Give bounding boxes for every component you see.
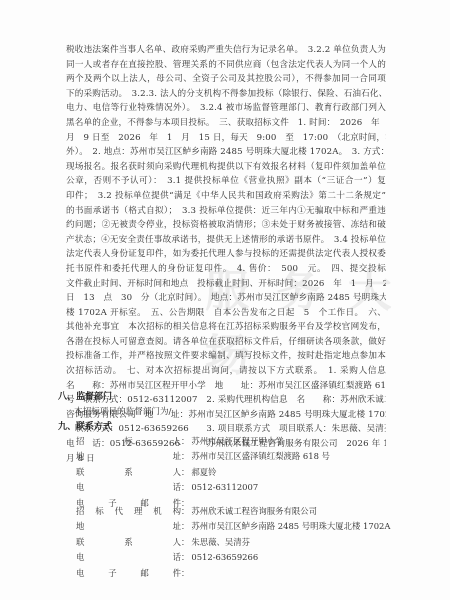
label-char: 子 (108, 567, 116, 579)
label-char: 人 (173, 536, 181, 548)
contact-value: 0512-63112007 (191, 482, 258, 492)
label-char: 标 (124, 435, 132, 447)
colon: ： (181, 450, 189, 462)
contact-value: 朱思薇、吴清芬 (191, 536, 250, 548)
contact-row: 地址：苏州市吴江区盛泽镇红梨渡路 618 号 (76, 449, 330, 465)
section-8-heading: 八、监督部门 (58, 389, 112, 402)
colon: ： (181, 435, 189, 447)
label-char: 系 (124, 536, 132, 548)
body-line: 印件； 3.2 投标单位提供“满足《中华人民共和国政府采购法》第二十二条规定” (66, 189, 386, 204)
contact-row: 联系人：郝夏铃 (76, 464, 330, 480)
body-line: 两个及两个以上法人，母公司、全资子公司及其控股公司），不得参加同一合同项 (66, 72, 386, 87)
body-line: 黑名单的企业，不得参与本项目投标。 三、获取招标文件 1. 时间： 2026 年… (66, 116, 386, 131)
colon: ： (181, 567, 189, 579)
contact-value: 郝夏铃 (191, 466, 216, 478)
colon: ： (181, 520, 189, 532)
contact-label: 招标代理机构 (76, 505, 181, 517)
label-char: 系 (124, 466, 132, 478)
body-line: 托书原件和委托代理人的身份证复印件。 4. 售价： 500 元。 四、提交投标 (66, 262, 386, 277)
label-char: 机 (153, 505, 161, 517)
body-line: 公章，否则不予认可）： 3.1 提供投标单位《营业执照》副本（“三证合一”）复 (66, 174, 386, 189)
colon: ： (181, 551, 189, 563)
body-line: 约问题；②无被责令停业，投标资格被取消情形；③未处于财务被接管、冻结和破 (66, 218, 386, 233)
purchaser-contact-block: 招标人：苏州市吴江区程开甲小学地址：苏州市吴江区盛泽镇红梨渡路 618 号联系人… (76, 433, 330, 511)
label-char: 地 (76, 450, 84, 462)
contact-value: 苏州市吴江区鲈乡南路 2485 号明珠大厦北楼 1702A (191, 520, 390, 532)
contact-label: 电子邮件 (76, 567, 181, 579)
contact-row: 电话：0512-63659266 (76, 550, 390, 566)
contact-label: 地址 (76, 520, 181, 532)
label-char: 话 (173, 551, 181, 563)
contact-row: 联系人：朱思薇、吴清芬 (76, 534, 390, 550)
colon: ： (181, 536, 189, 548)
contact-row: 电话：0512-63112007 (76, 480, 330, 496)
label-char: 电 (76, 567, 84, 579)
body-line: 投标准备工作，并严格按照文件要求编制、填写投标文件，按时赴指定地点参加本 (66, 349, 386, 364)
label-char: 联 (76, 536, 84, 548)
body-line: 日 13 点 30 分（北京时间）。 地点：苏州市吴江区鲈乡南路 2485 号明… (66, 291, 386, 306)
body-line: 名 称：苏州市吴江区程开甲小学 地 址：苏州市吴江区盛泽镇红梨渡路 618 (66, 379, 386, 394)
label-char: 人 (173, 435, 181, 447)
body-line: 法定代表人身份证复印件，如为委托代理人参与投标的还需提供法定代表人授权委 (66, 247, 386, 262)
label-char: 电 (76, 481, 84, 493)
colon: ： (181, 505, 189, 517)
label-char: 代 (115, 505, 123, 517)
body-line: 楼 1702A 开标室。 五、公告期限 自本公告发布之日起 5 个工作日。 六、 (66, 306, 386, 321)
body-line: 产状态；④无安全责任事故承诺书，提供无上述情形的承诺书原件。 3.4 投标单位 (66, 233, 386, 248)
contact-label: 联系人 (76, 466, 181, 478)
contact-row: 地址：苏州市吴江区鲈乡南路 2485 号明珠大厦北楼 1702A (76, 519, 390, 535)
body-line: 下的采购活动。 3.2.3. 法人的分支机构不得参加投标（除银行、保险、石油石化… (66, 87, 386, 102)
label-char: 招 (76, 505, 84, 517)
body-line: 月 9 日至 2026 年 1 月 15 日，每天 9:00 至 17:00 （… (66, 131, 386, 146)
contact-label: 招标人 (76, 435, 181, 447)
contact-row: 招标代理机构：苏州欣禾诚工程咨询服务有限公司 (76, 503, 390, 519)
label-char: 邮 (140, 567, 148, 579)
body-line: 电力、电信等行业特殊情况外）。 3.2.4 被市场监督管理部门、教育行政部门列入 (66, 101, 386, 116)
label-char: 地 (76, 520, 84, 532)
contact-row: 电子邮件： (76, 565, 390, 581)
body-line: 各潜在投标人可留意查阅。请各单位在获取招标文件后，仔细研读各项条款，做好 (66, 335, 386, 350)
contact-row: 招标人：苏州市吴江区程开甲小学 (76, 433, 330, 449)
label-char: 话 (173, 481, 181, 493)
body-line: 次招标活动。 七、对本次招标提出询问，请按以下方式联系。 1. 采购人信息 (66, 364, 386, 379)
label-char: 人 (173, 466, 181, 478)
contact-label: 电话 (76, 551, 181, 563)
label-char: 招 (76, 435, 84, 447)
body-line: 同一人或者存在直接控股、管理关系的不同供应商（包含法定代表人为同一个人的 (66, 58, 386, 73)
body-line: 的书面承诺书（格式自拟）； 3.3 投标单位提供：近三年内①无骗取中标和严重违 (66, 204, 386, 219)
body-line: 现场报名。报名获时须向采购代理机构提供以下有效报名材料（复印件须加盖单位 (66, 160, 386, 175)
label-char: 标 (95, 505, 103, 517)
section-9-heading: 九、联系方式 (58, 419, 112, 432)
contact-label: 联系人 (76, 536, 181, 548)
agency-contact-block: 招标代理机构：苏州欣禾诚工程咨询服务有限公司地址：苏州市吴江区鲈乡南路 2485… (76, 503, 390, 581)
contact-value: 苏州市吴江区程开甲小学 (191, 435, 283, 447)
label-char: 件 (173, 567, 181, 579)
label-char: 址 (173, 520, 181, 532)
body-line: 文件截止时间、开标时间和地点 投标截止时间、开标时间：2026 年 1 月 29 (66, 277, 386, 292)
contact-value: 苏州欣禾诚工程咨询服务有限公司 (191, 505, 317, 517)
contact-value: 苏州市吴江区盛泽镇红梨渡路 618 号 (191, 450, 330, 462)
colon: ： (181, 466, 189, 478)
section-8-text: 本招标项目的监督部门为/ (74, 405, 171, 417)
label-char: 构 (173, 505, 181, 517)
label-char: 联 (76, 466, 84, 478)
contact-label: 地址 (76, 450, 181, 462)
announcement-body: 税收违法案件当事人名单、政府采购严重失信行为记录名单。 3.2.2 单位负责人为… (66, 43, 386, 466)
body-line: 其他补充事宜 本次招标的相关信息将在江苏招标采购服务平台及学校官网发布， (66, 320, 386, 335)
colon: ： (181, 481, 189, 493)
contact-label: 电话 (76, 481, 181, 493)
label-char: 理 (134, 505, 142, 517)
label-char: 电 (76, 551, 84, 563)
body-line: 外）。 2. 地点：苏州市吴江区鲈乡南路 2485 号明珠大厦北楼 1702A。… (66, 145, 386, 160)
body-line: 税收违法案件当事人名单、政府采购严重失信行为记录名单。 3.2.2 单位负责人为 (66, 43, 386, 58)
document-page: 税收违法案件当事人名单、政府采购严重失信行为记录名单。 3.2.2 单位负责人为… (0, 0, 450, 600)
label-char: 址 (173, 450, 181, 462)
contact-value: 0512-63659266 (191, 552, 258, 562)
